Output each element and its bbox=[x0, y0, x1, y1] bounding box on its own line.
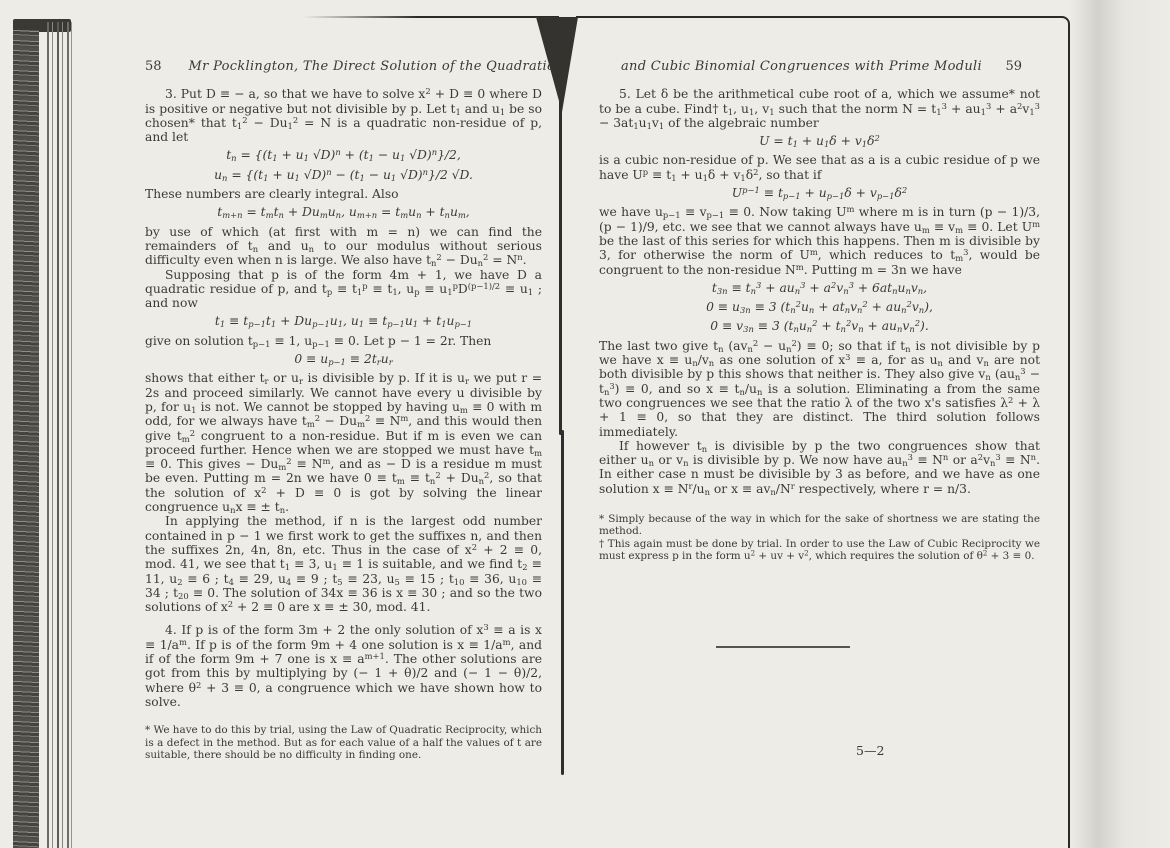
paragraph: by use of which (at first with m = n) we… bbox=[145, 225, 542, 268]
page-edge-shadow bbox=[1070, 0, 1170, 848]
left-page-edge-line bbox=[71, 22, 72, 848]
paragraph: give on solution tp−1 ≡ 1, up−1 ≡ 0. Let… bbox=[145, 334, 542, 348]
paragraph: we have up−1 ≡ vp−1 ≡ 0. Now taking Um w… bbox=[599, 205, 1040, 276]
footnote: † This again must be done by trial. In o… bbox=[599, 538, 1040, 563]
left-page-edge-line bbox=[67, 22, 69, 848]
paragraph: 4. If p is of the form 3m + 2 the only s… bbox=[145, 623, 542, 709]
book-scan: 58 Mr Pocklington, The Direct Solution o… bbox=[0, 0, 1170, 848]
left-running-title: Mr Pocklington, The Direct Solution of t… bbox=[189, 60, 555, 74]
equation: un = {(t1 + u1 √D)n − (t1 − u1 √D)n}/2 √… bbox=[145, 168, 542, 182]
left-page-edge-line bbox=[62, 22, 63, 848]
footnote-end-rule bbox=[716, 646, 850, 648]
left-page-edge-line bbox=[47, 22, 49, 848]
left-page-edges-band bbox=[13, 30, 39, 848]
left-page-edge-line bbox=[52, 22, 53, 848]
equation: t1 ≡ tp−1t1 + Dup−1u1, u1 ≡ tp−1u1 + t1u… bbox=[145, 314, 542, 328]
left-page-edge-line bbox=[57, 22, 59, 848]
paragraph: In applying the method, if n is the larg… bbox=[145, 514, 542, 614]
paragraph: shows that either tr or ur is divisible … bbox=[145, 371, 542, 514]
left-page-content: 3. Put D ≡ − a, so that we have to solve… bbox=[145, 87, 542, 761]
footnote: * Simply because of the way in which for… bbox=[599, 513, 1040, 538]
equation: U = t1 + u1δ + v1δ2 bbox=[599, 134, 1040, 148]
gutter-shadow-line bbox=[561, 430, 564, 775]
equation: 0 ≡ up−1 ≡ 2trur bbox=[145, 352, 542, 366]
equation: 0 ≡ v3n ≡ 3 (tnun2 + tn2vn + aunvn2). bbox=[599, 319, 1040, 333]
right-page-header: and Cubic Binomial Congruences with Prim… bbox=[599, 60, 1040, 74]
gutter-shadow-line bbox=[559, 100, 562, 435]
left-page-number: 58 bbox=[145, 60, 162, 74]
paragraph: Supposing that p is of the form 4m + 1, … bbox=[145, 268, 542, 311]
equation: Up−1 ≡ tp−1 + up−1δ + vp−1δ2 bbox=[599, 186, 1040, 200]
paragraph: If however tn is divisible by p the two … bbox=[599, 439, 1040, 496]
paragraph: These numbers are clearly integral. Also bbox=[145, 187, 542, 201]
equation: t3n ≡ tn3 + aun3 + a2vn3 + 6atnunvn, bbox=[599, 281, 1040, 295]
left-page: 58 Mr Pocklington, The Direct Solution o… bbox=[145, 60, 542, 761]
paragraph: 5. Let δ be the arithmetical cube root o… bbox=[599, 87, 1040, 130]
left-page-header: 58 Mr Pocklington, The Direct Solution o… bbox=[145, 60, 542, 74]
paragraph: The last two give tn (avn2 − un2) ≡ 0; s… bbox=[599, 339, 1040, 439]
left-page-top-rule bbox=[303, 16, 559, 18]
right-page-number: 59 bbox=[1005, 60, 1022, 74]
paragraph: is a cubic non-residue of p. We see that… bbox=[599, 153, 1040, 182]
right-running-title: and Cubic Binomial Congruences with Prim… bbox=[621, 60, 982, 74]
sheet-signature: 5—2 bbox=[856, 743, 884, 758]
equation: 0 ≡ u3n ≡ 3 (tn2un + atnvn2 + aun2vn), bbox=[599, 300, 1040, 314]
right-page-content: 5. Let δ be the arithmetical cube root o… bbox=[599, 87, 1040, 562]
footnote: * We have to do this by trial, using the… bbox=[145, 724, 542, 761]
right-page: and Cubic Binomial Congruences with Prim… bbox=[599, 60, 1040, 563]
equation: tm+n = tmtn + Dumun, um+n = tmun + tnum, bbox=[145, 205, 542, 219]
equation: tn = {(t1 + u1 √D)n + (t1 − u1 √D)n}/2, bbox=[145, 148, 542, 162]
paragraph: 3. Put D ≡ − a, so that we have to solve… bbox=[145, 87, 542, 144]
